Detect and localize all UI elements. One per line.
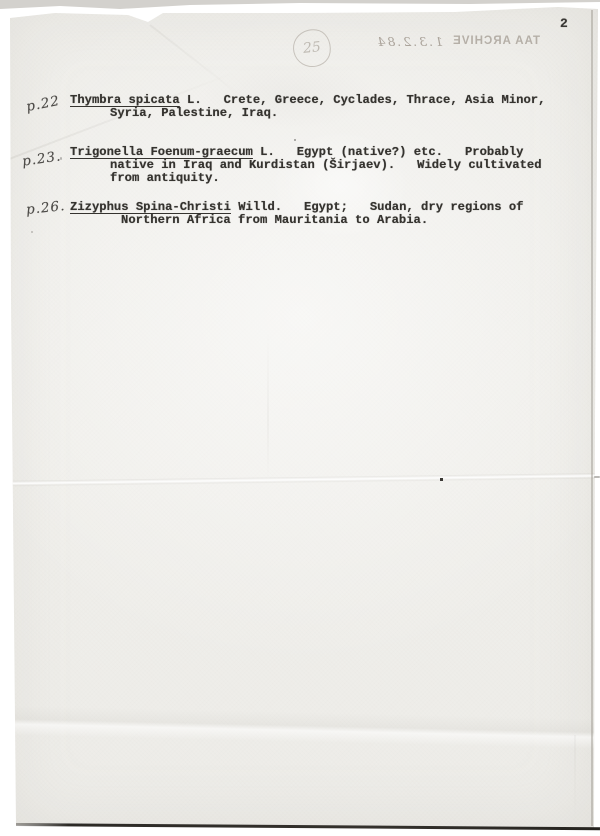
archive-stamp-bleedthrough: TAA ARCHIVE 1.3.2.84	[384, 33, 540, 49]
margin-page-ref: p.22	[25, 93, 62, 115]
paper-speck	[294, 139, 296, 141]
margin-page-ref: p.23.	[21, 148, 62, 169]
document-page: 2 TAA ARCHIVE 1.3.2.84 25 p.22 p.23. p.2…	[0, 0, 600, 836]
adjacent-sheet-edge	[0, 0, 600, 10]
entry-text: Willd. Egypt; Sudan, dry regions of	[231, 200, 524, 214]
margin-page-ref: p.26.	[25, 198, 66, 218]
species-name: Zizyphus Spina-Christi	[70, 200, 231, 214]
paper-fold-crease	[0, 705, 600, 749]
species-name: Trigonella Foenum-graecum	[70, 145, 253, 159]
sheet-right-edge	[591, 10, 593, 826]
paper-speck	[440, 478, 443, 481]
paper-crease	[574, 735, 576, 825]
archive-reference-number: 1.3.2.84	[375, 34, 443, 49]
paper-crease	[149, 24, 245, 99]
page-number: 2	[560, 16, 568, 31]
species-name: Thymbra spicata	[70, 93, 180, 107]
entry-line: from antiquity.	[110, 172, 220, 185]
paper-fold-crease	[8, 473, 596, 487]
entry-line: Northern Africa from Mauritania to Arabi…	[121, 214, 428, 227]
circled-number: 25	[302, 39, 321, 57]
pencil-circle-annotation: 25	[291, 27, 334, 70]
archive-stamp-label: TAA ARCHIVE	[452, 35, 540, 47]
entry-text: L. Crete, Greece, Cyclades, Thrace, Asia…	[180, 93, 546, 107]
scanned-document: 2 TAA ARCHIVE 1.3.2.84 25 p.22 p.23. p.2…	[0, 0, 600, 836]
paper-crease	[267, 330, 269, 480]
paper-speck	[594, 476, 600, 478]
paper-speck	[31, 231, 33, 233]
entry-line: Syria, Palestine, Iraq.	[110, 107, 278, 120]
entry-text: L. Egypt (native?) etc. Probably	[253, 145, 524, 159]
paper-speck	[60, 157, 62, 160]
